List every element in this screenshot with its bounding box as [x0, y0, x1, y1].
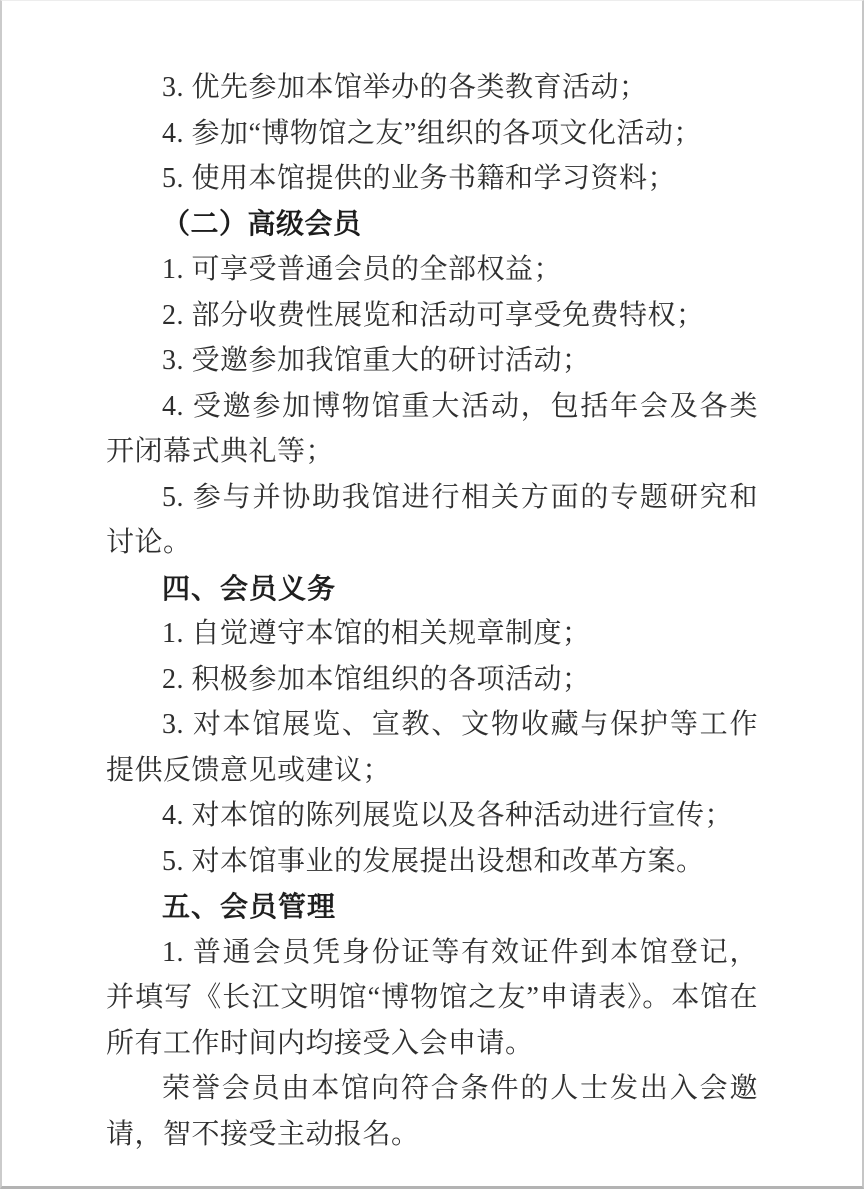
paragraph: 2. 积极参加本馆组织的各项活动； — [106, 657, 758, 703]
paragraph: 1. 可享受普通会员的全部权益； — [106, 247, 758, 293]
section-heading: （二）高级会员 — [106, 202, 758, 248]
paragraph: 2. 部分收费性展览和活动可享受免费特权； — [106, 293, 758, 339]
paragraph: 4. 受邀参加博物馆重大活动，包括年会及各类开闭幕式典礼等； — [106, 384, 758, 475]
paragraph: 1. 自觉遵守本馆的相关规章制度； — [106, 611, 758, 657]
paragraph: 3. 优先参加本馆举办的各类教育活动； — [106, 65, 758, 111]
section-heading: 四、会员义务 — [106, 566, 758, 612]
paragraph: 1. 普通会员凭身份证等有效证件到本馆登记，并填写《长江文明馆“博物馆之友”申请… — [106, 930, 758, 1067]
paragraph: 5. 参与并协助我馆进行相关方面的专题研究和讨论。 — [106, 475, 758, 566]
paragraph: 4. 参加“博物馆之友”组织的各项文化活动； — [106, 111, 758, 157]
document-content: 3. 优先参加本馆举办的各类教育活动；4. 参加“博物馆之友”组织的各项文化活动… — [2, 1, 862, 1157]
paragraph: 5. 使用本馆提供的业务书籍和学习资料； — [106, 156, 758, 202]
paragraph: 荣誉会员由本馆向符合条件的人士发出入会邀请，智不接受主动报名。 — [106, 1066, 758, 1157]
section-heading: 五、会员管理 — [106, 884, 758, 930]
paragraph: 3. 对本馆展览、宣教、文物收藏与保护等工作提供反馈意见或建议； — [106, 702, 758, 793]
paragraph: 4. 对本馆的陈列展览以及各种活动进行宣传； — [106, 793, 758, 839]
paragraph: 3. 受邀参加我馆重大的研讨活动； — [106, 338, 758, 384]
document-page: 3. 优先参加本馆举办的各类教育活动；4. 参加“博物馆之友”组织的各项文化活动… — [0, 0, 864, 1189]
paragraph: 5. 对本馆事业的发展提出设想和改革方案。 — [106, 839, 758, 885]
